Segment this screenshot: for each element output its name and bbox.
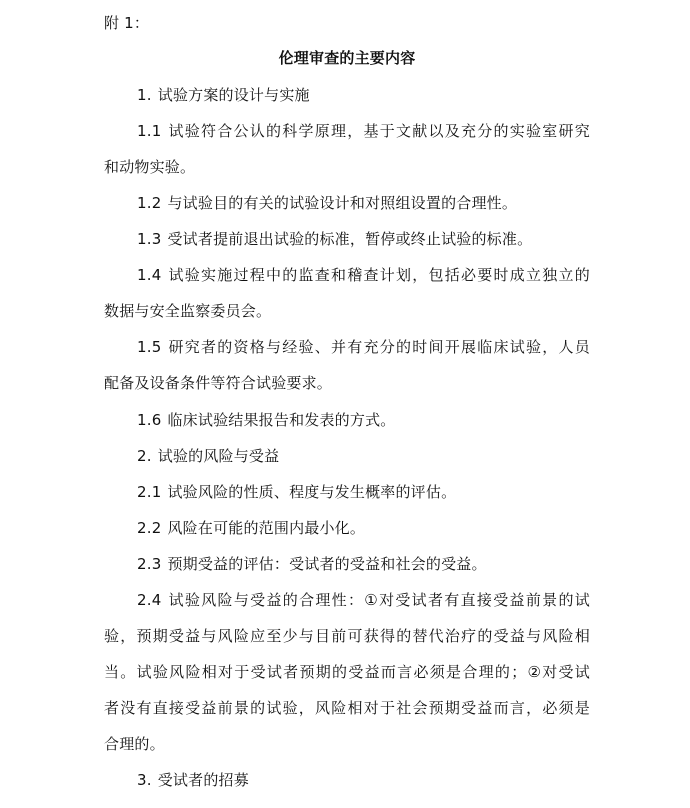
item-text: 研究者的资格与经验、并有充分的时间开展临床试验，人员 bbox=[167, 338, 590, 356]
paragraph-2-4-continued-4: 合理的。 bbox=[104, 734, 590, 754]
document-page: 附 1： 伦理审查的主要内容 1.试验方案的设计与实施 1.1试验符合公认的科学… bbox=[0, 0, 690, 808]
paragraph-1-1-continued: 和动物实验。 bbox=[104, 157, 590, 177]
paragraph-1-2: 1.2与试验目的有关的试验设计和对照组设置的合理性。 bbox=[137, 193, 590, 213]
item-number: 1.4 bbox=[137, 265, 161, 285]
item-number: 2.2 bbox=[137, 518, 161, 538]
paragraph-1-4-continued: 数据与安全监察委员会。 bbox=[104, 301, 590, 321]
paragraph-1-3: 1.3受试者提前退出试验的标准，暂停或终止试验的标准。 bbox=[137, 229, 590, 249]
item-number: 1.1 bbox=[137, 121, 161, 141]
paragraph-2-1: 2.1试验风险的性质、程度与发生概率的评估。 bbox=[137, 482, 590, 502]
paragraph-1-1: 1.1试验符合公认的科学原理，基于文献以及充分的实验室研究 bbox=[137, 121, 590, 141]
section-heading-3: 3.受试者的招募 bbox=[137, 770, 590, 790]
paragraph-1-6: 1.6临床试验结果报告和发表的方式。 bbox=[137, 410, 590, 430]
item-number: 2. bbox=[137, 446, 152, 466]
item-text: 受试者的招募 bbox=[158, 771, 249, 789]
item-number: 1.6 bbox=[137, 410, 161, 430]
paragraph-1-5: 1.5研究者的资格与经验、并有充分的时间开展临床试验，人员 bbox=[137, 337, 590, 357]
item-text: 预期受益的评估：受试者的受益和社会的受益。 bbox=[167, 555, 486, 573]
document-title: 伦理审查的主要内容 bbox=[104, 48, 590, 68]
item-number: 1.3 bbox=[137, 229, 161, 249]
attachment-label: 附 1： bbox=[104, 13, 590, 33]
paragraph-1-4: 1.4试验实施过程中的监查和稽查计划，包括必要时成立独立的 bbox=[137, 265, 590, 285]
item-number: 3. bbox=[137, 770, 152, 790]
paragraph-2-3: 2.3预期受益的评估：受试者的受益和社会的受益。 bbox=[137, 554, 590, 574]
paragraph-2-4-continued-2: 当。试验风险相对于受试者预期的受益而言必须是合理的；②对受试 bbox=[104, 662, 590, 682]
item-text: 风险在可能的范围内最小化。 bbox=[167, 519, 365, 537]
item-text: 受试者提前退出试验的标准，暂停或终止试验的标准。 bbox=[167, 230, 532, 248]
item-number: 1.2 bbox=[137, 193, 161, 213]
item-text: 与试验目的有关的试验设计和对照组设置的合理性。 bbox=[167, 194, 517, 212]
item-text: 试验风险的性质、程度与发生概率的评估。 bbox=[167, 483, 456, 501]
paragraph-2-4-continued-3: 者没有直接受益前景的试验，风险相对于社会预期受益而言，必须是 bbox=[104, 698, 590, 718]
item-text: 试验风险与受益的合理性：①对受试者有直接受益前景的试 bbox=[167, 591, 590, 609]
item-number: 2.3 bbox=[137, 554, 161, 574]
item-text: 试验方案的设计与实施 bbox=[158, 86, 310, 104]
item-text: 试验符合公认的科学原理，基于文献以及充分的实验室研究 bbox=[167, 122, 590, 140]
section-heading-2: 2.试验的风险与受益 bbox=[137, 446, 590, 466]
section-heading-1: 1.试验方案的设计与实施 bbox=[137, 85, 590, 105]
paragraph-2-4: 2.4试验风险与受益的合理性：①对受试者有直接受益前景的试 bbox=[137, 590, 590, 610]
item-text: 试验实施过程中的监查和稽查计划，包括必要时成立独立的 bbox=[167, 266, 590, 284]
item-text: 临床试验结果报告和发表的方式。 bbox=[167, 411, 395, 429]
item-number: 1. bbox=[137, 85, 152, 105]
item-number: 2.1 bbox=[137, 482, 161, 502]
paragraph-2-4-continued-1: 验，预期受益与风险应至少与目前可获得的替代治疗的受益与风险相 bbox=[104, 626, 590, 646]
paragraph-2-2: 2.2风险在可能的范围内最小化。 bbox=[137, 518, 590, 538]
paragraph-1-5-continued: 配备及设备条件等符合试验要求。 bbox=[104, 373, 590, 393]
item-text: 试验的风险与受益 bbox=[158, 447, 280, 465]
item-number: 1.5 bbox=[137, 337, 161, 357]
item-number: 2.4 bbox=[137, 590, 161, 610]
